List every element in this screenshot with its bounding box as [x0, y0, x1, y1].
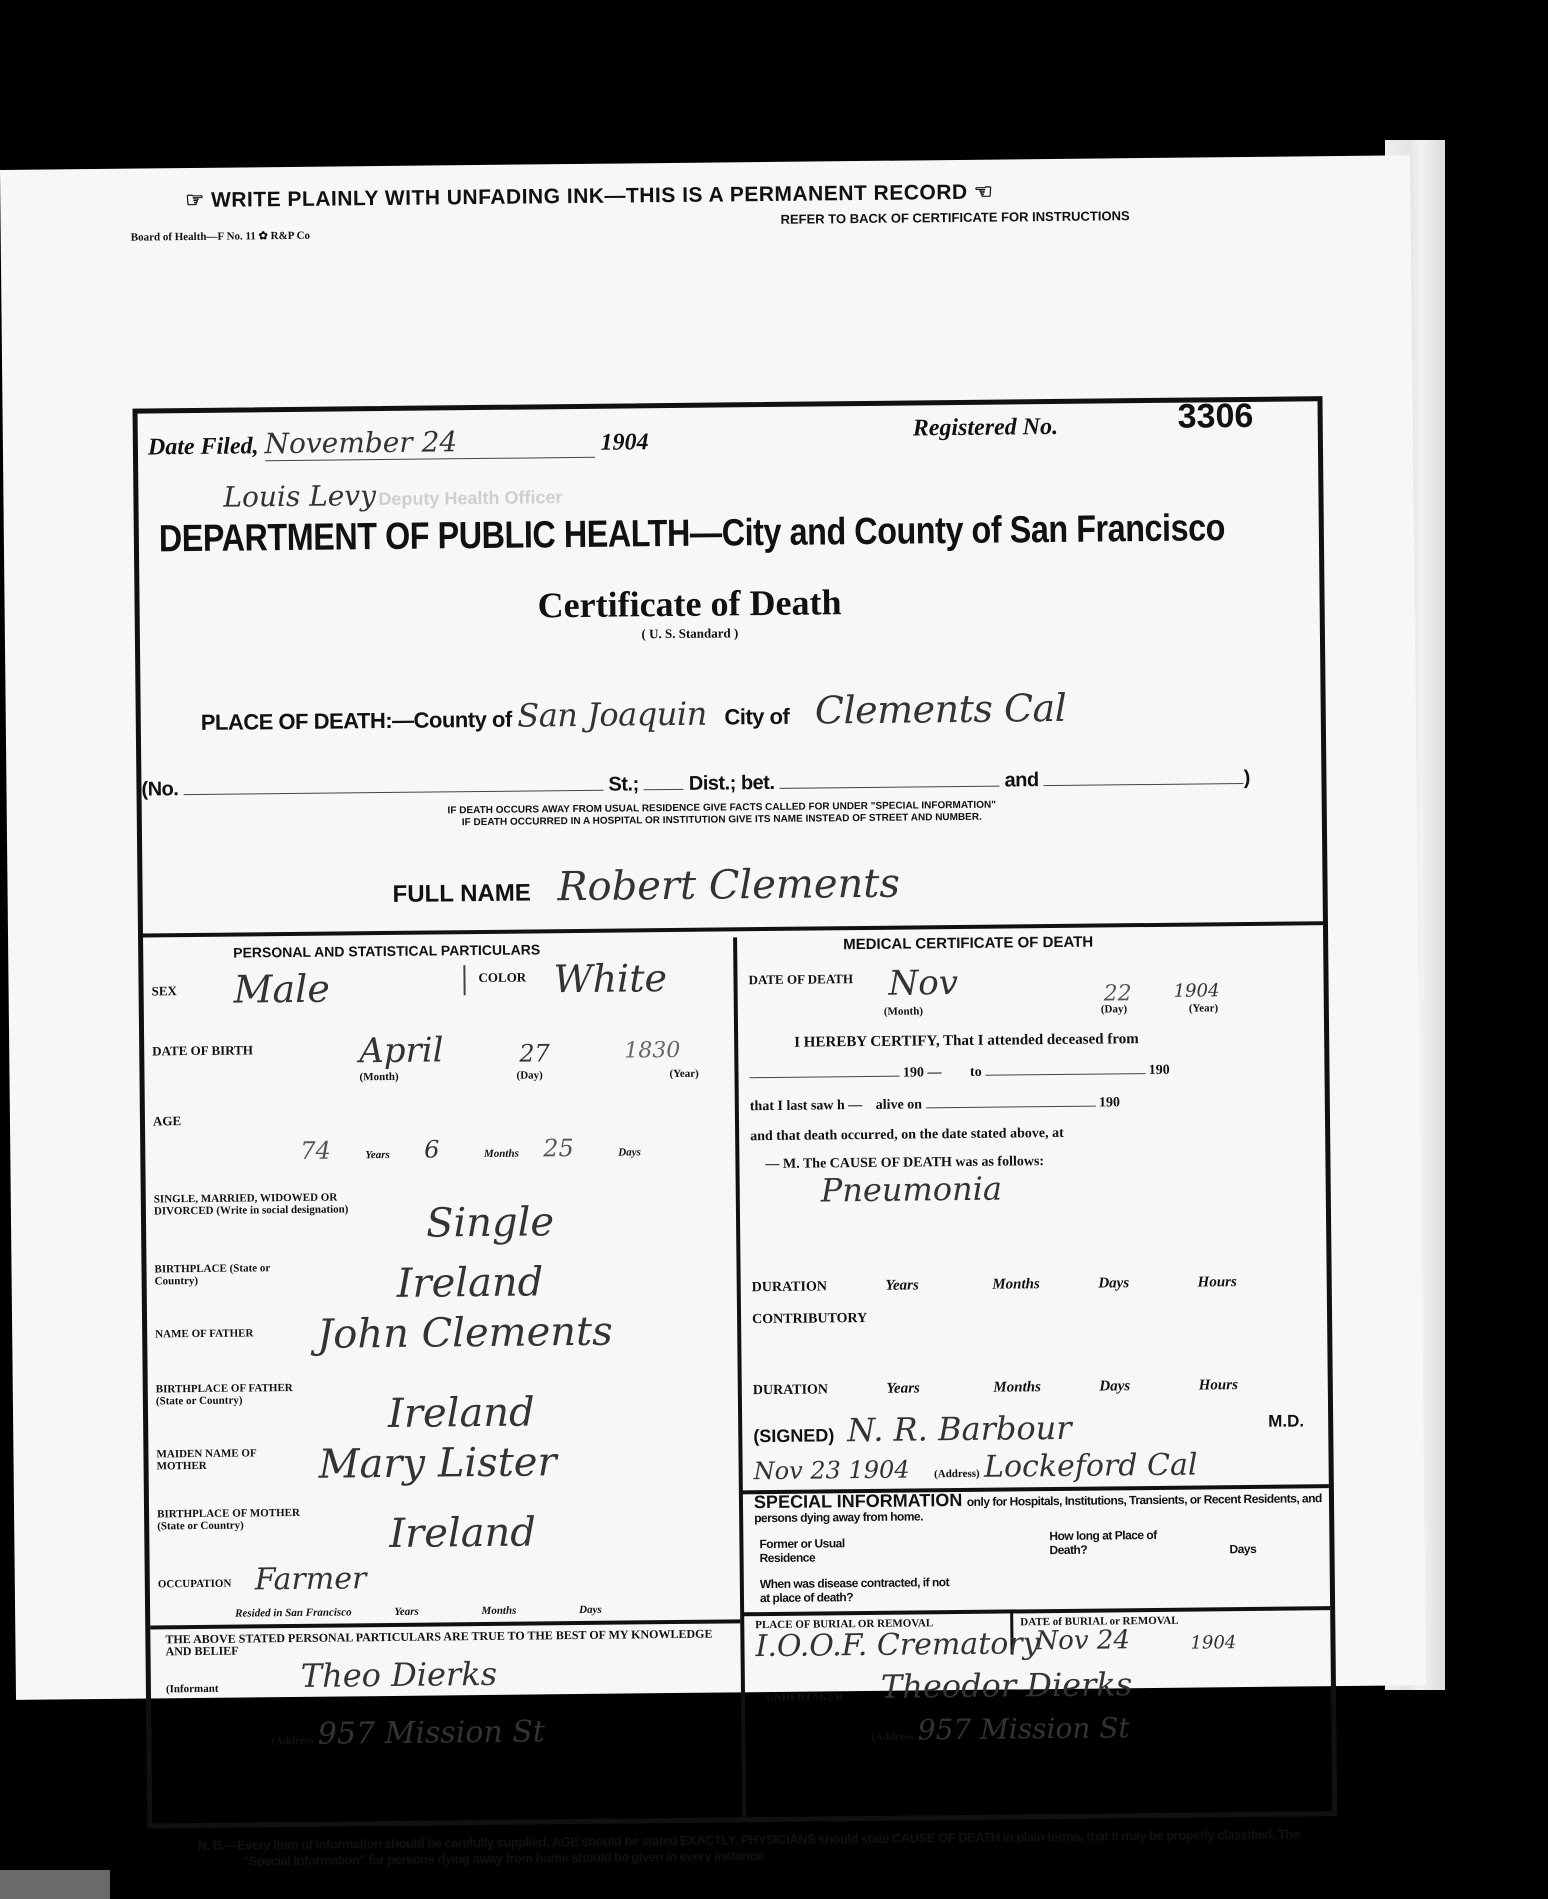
- dod-label: DATE OF DEATH: [748, 971, 853, 988]
- contributory-label: CONTRIBUTORY: [752, 1311, 867, 1328]
- medical-heading: MEDICAL CERTIFICATE OF DEATH: [843, 934, 1093, 954]
- dod-year: 1904: [1174, 980, 1220, 1001]
- dod-month: Nov: [888, 963, 958, 1004]
- dob-label: DATE OF BIRTH: [152, 1042, 253, 1059]
- address-line: (No. St.; Dist.; bet. and ): [141, 767, 1250, 802]
- former-residence-label: Former or Usual Residence: [759, 1536, 859, 1565]
- occupation-value: Farmer: [255, 1561, 367, 1597]
- undertaker-name: Theodor Dierks: [881, 1665, 1133, 1706]
- duration-row-2: DURATION Years Months Days Hours: [753, 1377, 1238, 1399]
- resided-in-sf: Resided in San Francisco Years Months Da…: [235, 1604, 602, 1620]
- special-information: SPECIAL INFORMATION only for Hospitals, …: [754, 1489, 1324, 1525]
- registered-label: Registered No.: [913, 414, 1059, 443]
- burial-year: 1904: [1190, 1632, 1236, 1653]
- date-filed-value: November 24: [264, 424, 594, 461]
- color-label: COLOR: [478, 970, 526, 986]
- dob-day: 27: [519, 1039, 550, 1067]
- informant-address: (Address 957 Mission St: [271, 1714, 545, 1752]
- marital-value: Single: [426, 1199, 555, 1246]
- certificate-page: ☞ WRITE PLAINLY WITH UNFADING INK—THIS I…: [0, 155, 1426, 1700]
- informant-name: Theo Dierks: [301, 1655, 498, 1695]
- column-divider: [733, 937, 746, 1817]
- informant-statement: THE ABOVE STATED PERSONAL PARTICULARS AR…: [165, 1627, 725, 1657]
- birthplace-value: Ireland: [396, 1259, 543, 1307]
- city-value: Clements Cal: [815, 686, 1067, 733]
- department-title: DEPARTMENT OF PUBLIC HEALTH—City and Cou…: [159, 507, 1226, 561]
- banner-text: WRITE PLAINLY WITH UNFADING INK—THIS IS …: [211, 181, 968, 212]
- attended-dates: 190 — to 190: [749, 1063, 1169, 1083]
- date-filed: Date Filed, November 24 1904: [148, 423, 649, 462]
- marital-label: SINGLE, MARRIED, WIDOWED OR DIVORCED (Wr…: [154, 1191, 354, 1217]
- informant-label: (Informant: [166, 1683, 219, 1696]
- birthplace-label: BIRTHPLACE (State or Country): [154, 1262, 304, 1288]
- instructions-note: REFER TO BACK OF CERTIFICATE FOR INSTRUC…: [780, 208, 1129, 227]
- color-value: White: [553, 956, 667, 1001]
- days-label: Days: [1229, 1542, 1256, 1556]
- signed-date: Nov 23 1904: [754, 1456, 910, 1486]
- cause-value: Pneumonia: [821, 1170, 1003, 1210]
- dob-year: 1830: [624, 1038, 680, 1064]
- certify-text: I HEREBY CERTIFY, That I attended deceas…: [794, 1031, 1139, 1052]
- mother-value: Mary Lister: [318, 1439, 556, 1487]
- address-note: IF DEATH OCCURS AWAY FROM USUAL RESIDENC…: [292, 798, 1152, 831]
- personal-heading: PERSONAL AND STATISTICAL PARTICULARS: [233, 941, 540, 960]
- mother-birthplace-value: Ireland: [389, 1509, 536, 1557]
- father-value: John Clements: [317, 1309, 613, 1358]
- sex-value: Male: [233, 967, 330, 1012]
- registered-number: 3306: [1177, 397, 1253, 437]
- father-birthplace-value: Ireland: [388, 1389, 535, 1437]
- signed-row: (SIGNED) N. R. Barbour: [753, 1409, 1072, 1450]
- mother-birthplace-label: BIRTHPLACE OF MOTHER (State or Country): [157, 1507, 307, 1533]
- undertaker-address: (Address 957 Mission St: [871, 1711, 1130, 1747]
- md-label: M.D.: [1268, 1411, 1304, 1431]
- burial-place: I.O.O.F. Crematory: [755, 1626, 1039, 1664]
- father-birthplace-label: BIRTHPLACE OF FATHER (State or Country): [156, 1382, 306, 1408]
- place-of-death: PLACE OF DEATH:—County of San Joaquin Ci…: [201, 686, 1067, 739]
- full-name-value: Robert Clements: [557, 861, 900, 911]
- age-value: 74 Years 6 Months 25 Days: [300, 1133, 641, 1165]
- physician-address: Lockeford Cal: [984, 1448, 1198, 1485]
- contracted-label: When was disease contracted, if not at p…: [760, 1575, 950, 1605]
- form-id: Board of Health—F No. 11 ✿ R&P Co: [131, 229, 310, 244]
- dob-month: April: [359, 1030, 444, 1071]
- burial-date: Nov 24: [1035, 1625, 1130, 1656]
- age-label: AGE: [153, 1113, 181, 1129]
- full-name: FULL NAME Robert Clements: [392, 861, 900, 912]
- certificate-form: Date Filed, November 24 1904 Registered …: [133, 396, 1338, 1828]
- pointing-hand-icon: ☞: [185, 189, 211, 212]
- banner: ☞ WRITE PLAINLY WITH UNFADING INK—THIS I…: [185, 180, 993, 213]
- mother-label: MAIDEN NAME OF MOTHER: [156, 1447, 306, 1473]
- divider: [742, 1606, 1330, 1616]
- divider: [143, 921, 1323, 937]
- physician-address-row: Nov 23 1904 (Address) Lockeford Cal: [753, 1448, 1197, 1488]
- pointing-hand-icon: ☜: [967, 181, 993, 204]
- duration-row: DURATION Years Months Days Hours: [752, 1274, 1237, 1296]
- physician-signature: N. R. Barbour: [847, 1409, 1072, 1449]
- county-value: San Joaquin: [517, 695, 707, 735]
- scan-artifact: [0, 1870, 110, 1899]
- officer-title: Deputy Health Officer: [378, 487, 562, 510]
- occurred-text: and that death occurred, on the date sta…: [750, 1126, 1064, 1145]
- sex-label: SEX: [152, 983, 177, 999]
- last-saw-line: that I last saw h — alive on 190: [750, 1095, 1120, 1115]
- undertaker-label: UNDERTAKER: [766, 1691, 843, 1704]
- occupation-label: OCCUPATION: [158, 1578, 232, 1591]
- officer-signature: Louis Levy: [223, 479, 376, 514]
- how-long-label: How long at Place of Death?: [1049, 1528, 1159, 1557]
- date-filed-year: 1904: [600, 429, 648, 456]
- father-label: NAME OF FATHER: [155, 1327, 265, 1340]
- footnote: N. B.—Every item of information should b…: [197, 1826, 1302, 1870]
